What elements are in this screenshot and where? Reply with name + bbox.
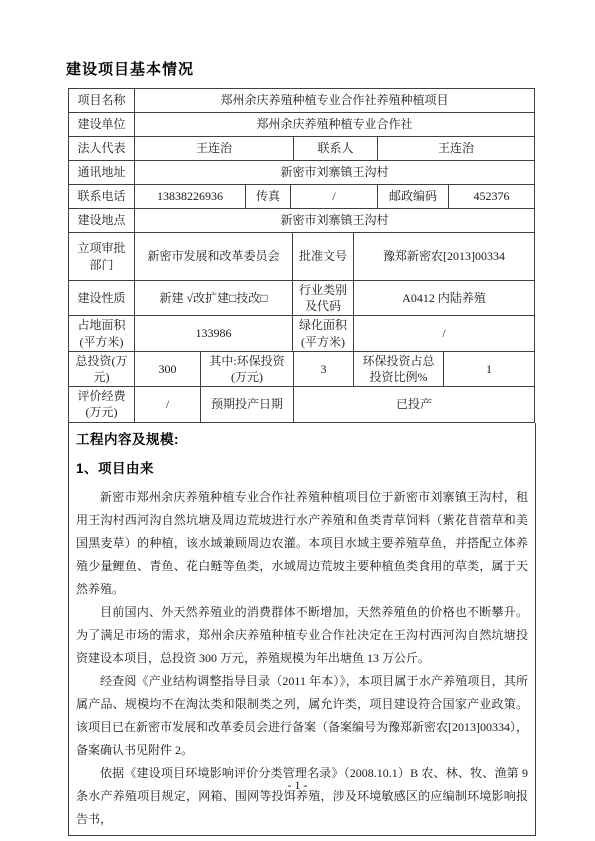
legal-rep-label: 法人代表 [69, 137, 135, 161]
production-date-label: 预期投产日期 [201, 387, 294, 422]
table-row: 法人代表 王连治 联系人 王连治 [69, 137, 535, 161]
env-investment-label: 其中:环保投资(万元) [201, 352, 294, 387]
document-page: 建设项目基本情况 项目名称 郑州余庆养殖种植专业合作社养殖种植项目 建设单位 郑… [0, 0, 595, 841]
approval-no-label: 批准文号 [293, 233, 354, 281]
industry-label: 行业类别及代码 [293, 281, 354, 316]
table-row: 工程内容及规模: 1、项目由来 新密市郑州余庆养殖种植专业合作社养殖种植项目位于… [69, 423, 535, 836]
land-area-value: 133986 [135, 316, 293, 351]
table-row: 建设性质 新建 √改扩建□技改□ 行业类别及代码 A0412 内陆养殖 [69, 281, 535, 316]
project-name-label: 项目名称 [69, 89, 135, 113]
construction-unit-label: 建设单位 [69, 113, 135, 137]
env-ratio-value: 1 [444, 352, 535, 387]
approval-dept-label: 立项审批部门 [69, 233, 135, 281]
table-row: 立项审批部门 新密市发展和改革委员会 批准文号 豫郑新密农[2013]00334 [69, 233, 535, 281]
total-investment-value: 300 [135, 352, 201, 387]
table-row: 建设单位 郑州余庆养殖种植专业合作社 [69, 113, 535, 137]
table-row: 占地面积(平方米) 133986 绿化面积(平方米) / [69, 316, 535, 351]
contact-person-label: 联系人 [294, 137, 378, 161]
approval-dept-value: 新密市发展和改革委员会 [135, 233, 293, 281]
project-name-value: 郑州余庆养殖种植专业合作社养殖种植项目 [135, 89, 535, 113]
land-area-label: 占地面积(平方米) [69, 316, 135, 351]
green-area-label: 绿化面积(平方米) [293, 316, 354, 351]
phone-value: 13838226936 [135, 185, 246, 209]
site-label: 建设地点 [69, 209, 135, 233]
nature-label: 建设性质 [69, 281, 135, 316]
body-paragraph: 经查阅《产业结构调整指导目录（2011 年本）》，本项目属于水产养殖项目，其所属… [76, 670, 528, 762]
page-number: - 1 - [0, 778, 595, 793]
env-ratio-label: 环保投资占总投资比例% [354, 352, 444, 387]
phone-label: 联系电话 [69, 185, 135, 209]
site-value: 新密市刘寨镇王沟村 [135, 209, 535, 233]
eval-fee-value: / [135, 387, 201, 422]
body-paragraph: 依据《建设项目环境影响评价分类管理名录》（2008.10.1）B 农、林、牧、渔… [76, 762, 528, 831]
postcode-value: 452376 [449, 185, 535, 209]
address-label: 通讯地址 [69, 161, 135, 185]
contact-person-value: 王连治 [378, 137, 535, 161]
table-row: 项目名称 郑州余庆养殖种植专业合作社养殖种植项目 [69, 89, 535, 113]
table-row: 总投资(万元) 300 其中:环保投资(万元) 3 环保投资占总投资比例% 1 [69, 352, 535, 387]
address-value: 新密市刘寨镇王沟村 [135, 161, 535, 185]
body-paragraph: 目前国内、外天然养殖业的消费群体不断增加，天然养殖鱼的价格也不断攀升。为了满足市… [76, 601, 528, 670]
table-row: 评价经费(万元) / 预期投产日期 已投产 [69, 387, 535, 422]
table-row: 建设地点 新密市刘寨镇王沟村 [69, 209, 535, 233]
approval-no-value: 豫郑新密农[2013]00334 [354, 233, 535, 281]
eval-fee-label: 评价经费(万元) [69, 387, 135, 422]
fax-label: 传真 [246, 185, 291, 209]
page-title: 建设项目基本情况 [66, 58, 194, 79]
production-date-value: 已投产 [294, 387, 535, 422]
project-content-cell: 工程内容及规模: 1、项目由来 新密市郑州余庆养殖种植专业合作社养殖种植项目位于… [69, 423, 536, 836]
legal-rep-value: 王连治 [135, 137, 294, 161]
postcode-label: 邮政编码 [378, 185, 449, 209]
construction-unit-value: 郑州余庆养殖种植专业合作社 [135, 113, 535, 137]
table-row: 联系电话 13838226936 传真 / 邮政编码 452376 [69, 185, 535, 209]
body-paragraph: 新密市郑州余庆养殖种植专业合作社养殖种植项目位于新密市刘寨镇王沟村，租用王沟村西… [76, 486, 528, 601]
table-row: 通讯地址 新密市刘寨镇王沟村 [69, 161, 535, 185]
green-area-value: / [354, 316, 535, 351]
industry-value: A0412 内陆养殖 [354, 281, 535, 316]
project-info-table: 项目名称 郑州余庆养殖种植专业合作社养殖种植项目 建设单位 郑州余庆养殖种植专业… [68, 88, 535, 836]
total-investment-label: 总投资(万元) [69, 352, 135, 387]
subsection-heading: 1、项目由来 [76, 459, 528, 478]
fax-value: / [291, 185, 378, 209]
env-investment-value: 3 [294, 352, 354, 387]
nature-value: 新建 √改扩建□技改□ [135, 281, 293, 316]
section-heading: 工程内容及规模: [76, 430, 528, 449]
